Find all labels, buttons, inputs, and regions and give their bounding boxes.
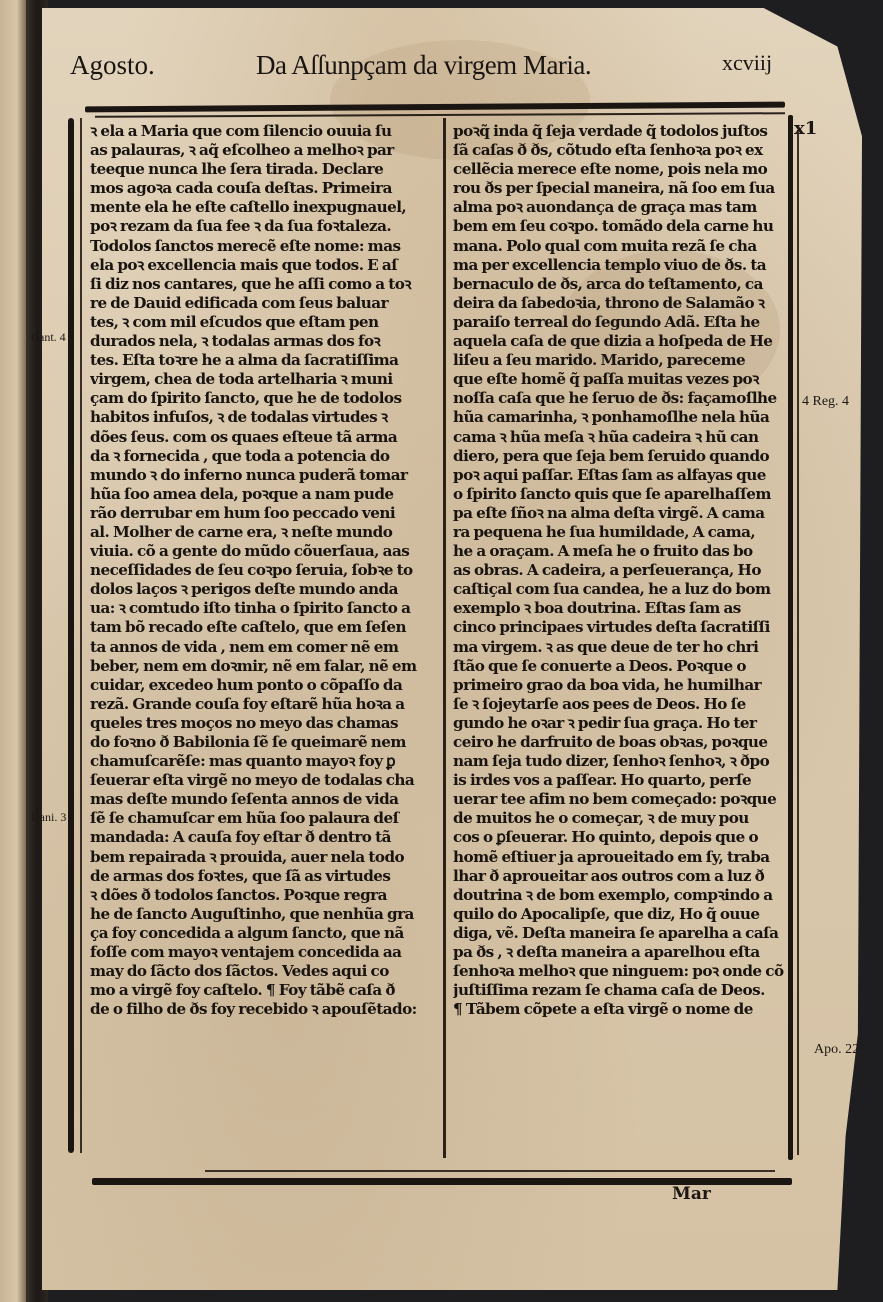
left-frame-rule-thin: [80, 118, 82, 1153]
text-line: ꝛ ela a Maria que com ſilencio ouuia ſu: [90, 122, 442, 141]
text-line: mandada: A cauſa foy eſtar ð dentro tã: [90, 828, 442, 847]
text-line: re de Dauid edificada com ſeus baluar: [90, 294, 442, 313]
text-line: habitos infuſos, ꝛ de todalas virtudes ꝛ: [90, 408, 442, 427]
text-line: viuia. cõ a gente do mũdo cõuerſaua, aas: [90, 542, 442, 561]
text-line: mos agoꝛa cada couſa deſtas. Primeira: [90, 179, 442, 198]
text-line: ta annos de vida , nem em comer nẽ em: [90, 638, 442, 657]
text-line: quilo do Apocalipſe, que diz, Ho q̃ ouue: [453, 905, 788, 924]
right-frame-rule: [788, 115, 793, 1160]
text-line: mundo ꝛ do inferno nunca puderã tomar: [90, 466, 442, 485]
text-line: alma poꝛ auondança de graça mas tam: [453, 198, 788, 217]
text-line: mo a virgẽ foy caſtelo. ¶ Foy tãbẽ caſa …: [90, 981, 442, 1000]
text-line: chamuſcarẽſe: mas quanto mayoꝛ foy ꝑ: [90, 752, 442, 771]
text-line: que eſte homẽ q̃ paſſa muitas vezes poꝛ: [453, 370, 788, 389]
text-line: pa ðs , ꝛ deſta maneira a aparelhou eſta: [453, 943, 788, 962]
text-line: tes, ꝛ com mil eſcudos que eſtam pen: [90, 313, 442, 332]
text-line: noſſa caſa que he ſeruo de ðs: façamoſlh…: [453, 389, 788, 408]
text-line: diga, vẽ. Deſta maneira ſe aparelha a ca…: [453, 924, 788, 943]
text-line: may do ſãcto dos ſãctos. Vedes aqui co: [90, 962, 442, 981]
margin-note-reis: 4 Reg. 4: [802, 394, 849, 410]
text-line: lhar ð aproueitar aos outros com a luz ð: [453, 867, 788, 886]
text-line: virgem, chea de toda artelharia ꝛ muni: [90, 370, 442, 389]
text-line: do foꝛno ð Babilonia ſẽ ſe queimarẽ nem: [90, 733, 442, 752]
text-line: de armas dos foꝛtes, que ſã as virtudes: [90, 867, 442, 886]
text-line: ceiro he darfruito de boas obꝛas, poꝛque: [453, 733, 788, 752]
text-line: cama ꝛ hũa meſa ꝛ hũa cadeira ꝛ hũ can: [453, 428, 788, 447]
text-line: ma per excellencia templo viuo de ðs. ta: [453, 256, 788, 275]
text-line: nam ſeja tudo dizer, ſenhoꝛ ſenhoꝛ, ꝛ ðp…: [453, 752, 788, 771]
text-line: he de ſancto Auguſtinho, que nenhũa gra: [90, 905, 442, 924]
running-head-month: Agosto.: [70, 50, 155, 81]
text-line: gundo he oꝛar ꝛ pedir ſua graça. Ho ter: [453, 714, 788, 733]
text-line: poꝛq̃ inda q̃ ſeja verdade q̃ todolos ju…: [453, 122, 788, 141]
text-line: primeiro grao da boa vida, he humilhar: [453, 676, 788, 695]
text-line: is irdes vos a paſſear. Ho quarto, perſe: [453, 771, 788, 790]
right-frame-rule-thin: [797, 130, 799, 1155]
text-line: tam bõ recado eſte caſtelo, que em ſeſen: [90, 618, 442, 637]
text-line: foſſe com mayoꝛ ventajem concedida aa: [90, 943, 442, 962]
text-line: neceſſidades de ſeu coꝛpo ſeruia, ſobꝛe …: [90, 561, 442, 580]
text-line: hũa ſoo amea dela, poꝛque a nam pude: [90, 485, 442, 504]
text-line: dolos laços ꝛ perigos deſte mundo anda: [90, 580, 442, 599]
text-line: exemplo ꝛ boa doutrina. Eſtas ſam as: [453, 599, 788, 618]
margin-note-daniel: Dani. 3: [31, 810, 66, 825]
text-line: ua: ꝛ comtudo iſto tinha o ſpirito ſanct…: [90, 599, 442, 618]
bottom-rule-thin: [205, 1170, 775, 1172]
facing-page-edge: [0, 0, 28, 1302]
text-line: poꝛ aqui paſſar. Eſtas ſam as alfayas qu…: [453, 466, 788, 485]
text-line: cos o ꝑſeuerar. Ho quinto, depois que o: [453, 828, 788, 847]
text-line: cellẽcia merece eſte nome, pois nela mo: [453, 160, 788, 179]
text-line: cuidar, excedeo hum ponto o cõpaſſo da: [90, 676, 442, 695]
running-head-title: Da Aſſunpçam da virgem Maria.: [256, 50, 591, 81]
text-line: ma virgem. ꝛ as que deue de ter ho chri: [453, 638, 788, 657]
text-line: uerar tee afim no bem começado: poꝛque: [453, 790, 788, 809]
text-line: he a oraçam. A meſa he o fruito das bo: [453, 542, 788, 561]
text-line: de o filho de ðs foy recebido ꝛ apouſẽta…: [90, 1000, 442, 1019]
folio-number: xcviij: [722, 50, 772, 76]
text-line: bem em ſeu coꝛpo. tomãdo dela carne hu: [453, 217, 788, 236]
text-line: durados nela, ꝛ todalas armas dos foꝛ: [90, 332, 442, 351]
text-line: pa eſte ſñoꝛ na alma deſta virgẽ. A cama: [453, 504, 788, 523]
text-line: homẽ eſtiuer ja aproueitado em ſy, traba: [453, 848, 788, 867]
text-line: as palauras, ꝛ aq̃ eſcolheo a melhoꝛ par: [90, 141, 442, 160]
text-line: ¶ Tãbem cõpete a eſta virgẽ o nome de: [453, 1000, 788, 1019]
text-line: ra pequena he ſua humildade, A cama,: [453, 523, 788, 542]
text-line: ſeuerar eſta virgẽ no meyo de todalas ch…: [90, 771, 442, 790]
text-line: ꝛ dões ð todolos ſanctos. Poꝛque regra: [90, 886, 442, 905]
text-line: paraiſo terreal do ſegundo Adã. Eſta he: [453, 313, 788, 332]
text-line: cinco principaes virtudes deſta ſacratiſ…: [453, 618, 788, 637]
text-line: ça foy concedida a algum ſancto, que nã: [90, 924, 442, 943]
text-column-right: poꝛq̃ inda q̃ ſeja verdade q̃ todolos ju…: [453, 122, 788, 1019]
text-line: ſã caſas ð ðs, cõtudo eſta ſenhoꝛa poꝛ e…: [453, 141, 788, 160]
text-line: hũa camarinha, ꝛ ponhamoſlhe nela hũa: [453, 408, 788, 427]
text-line: bernaculo de ðs, arca do teſtamento, ca: [453, 275, 788, 294]
text-line: Todolos ſanctos merecẽ eſte nome: mas: [90, 237, 442, 256]
running-head: Agosto. Da Aſſunpçam da virgem Maria. xc…: [70, 50, 800, 90]
text-line: juſtiſſima rezam ſe chama caſa de Deos.: [453, 981, 788, 1000]
catchword: Mar: [672, 1184, 711, 1204]
left-frame-rule: [68, 118, 74, 1153]
text-line: deira da ſabedoꝛia, throno de Salamão ꝛ: [453, 294, 788, 313]
text-line: tes. Eſta toꝛre he a alma da ſacratiſſim…: [90, 351, 442, 370]
text-line: ſi diz nos cantares, que he aſſi como a …: [90, 275, 442, 294]
corner-mark: x1: [794, 118, 817, 139]
text-line: doutrina ꝛ de bom exemplo, compꝛindo a: [453, 886, 788, 905]
text-line: mana. Polo qual com muita rezã ſe cha: [453, 237, 788, 256]
text-line: rezã. Grande couſa foy eſtarẽ hũa hoꝛa a: [90, 695, 442, 714]
text-line: as obras. A cadeira, a perſeuerança, Ho: [453, 561, 788, 580]
text-line: o ſpirito ſancto quis que ſe aparelhaſſe…: [453, 485, 788, 504]
text-line: mente ela he eſte caſtello inexpugnauel,: [90, 198, 442, 217]
text-column-left: ꝛ ela a Maria que com ſilencio ouuia ſu …: [90, 122, 442, 1019]
margin-note-apocalipse: Apo. 22: [814, 1042, 859, 1058]
text-line: queles tres moços no meyo das chamas: [90, 714, 442, 733]
text-line: teeque nunca lhe ſera tirada. Declare: [90, 160, 442, 179]
text-line: de muitos he o começar, ꝛ de muy pou: [453, 809, 788, 828]
text-line: mas deſte mundo ſeſenta annos de vida: [90, 790, 442, 809]
text-line: al. Molher de carne era, ꝛ neſte mundo: [90, 523, 442, 542]
text-line: rão derrubar em hum ſoo peccado veni: [90, 504, 442, 523]
text-line: aquela caſa de que dizia a hoſpeda de He: [453, 332, 788, 351]
text-line: da ꝛ fornecida , que toda a potencia do: [90, 447, 442, 466]
text-line: ſe ꝛ ſojeytarſe aos pees de Deos. Ho ſe: [453, 695, 788, 714]
text-line: caſtiçal com ſua candea, he a luz do bom: [453, 580, 788, 599]
margin-note-cantares: Cant. 4: [31, 330, 66, 345]
text-line: rou ðs per ſpecial maneira, nã ſoo em ſu…: [453, 179, 788, 198]
text-line: diero, pera que ſeja bem ſeruido quando: [453, 447, 788, 466]
text-line: poꝛ rezam da ſua fee ꝛ da ſua foꝛtaleza.: [90, 217, 442, 236]
text-line: çam do ſpirito ſancto, que he de todolos: [90, 389, 442, 408]
column-divider: [443, 118, 446, 1158]
text-line: beber, nem em doꝛmir, nẽ em falar, nẽ em: [90, 657, 442, 676]
text-line: dões ſeus. com os quaes eſteue tã arma: [90, 428, 442, 447]
text-line: ſenhoꝛa melhoꝛ que ninguem: poꝛ onde cõ: [453, 962, 788, 981]
text-line: ſẽ ſe chamuſcar em hũa ſoo palaura deſ: [90, 809, 442, 828]
text-line: ſtão que ſe conuerte a Deos. Poꝛque o: [453, 657, 788, 676]
text-line: bem repairada ꝛ prouida, auer nela todo: [90, 848, 442, 867]
text-line: liſeu a ſeu marido. Marido, pareceme: [453, 351, 788, 370]
text-line: ela poꝛ excellencia mais que todos. E aſ: [90, 256, 442, 275]
